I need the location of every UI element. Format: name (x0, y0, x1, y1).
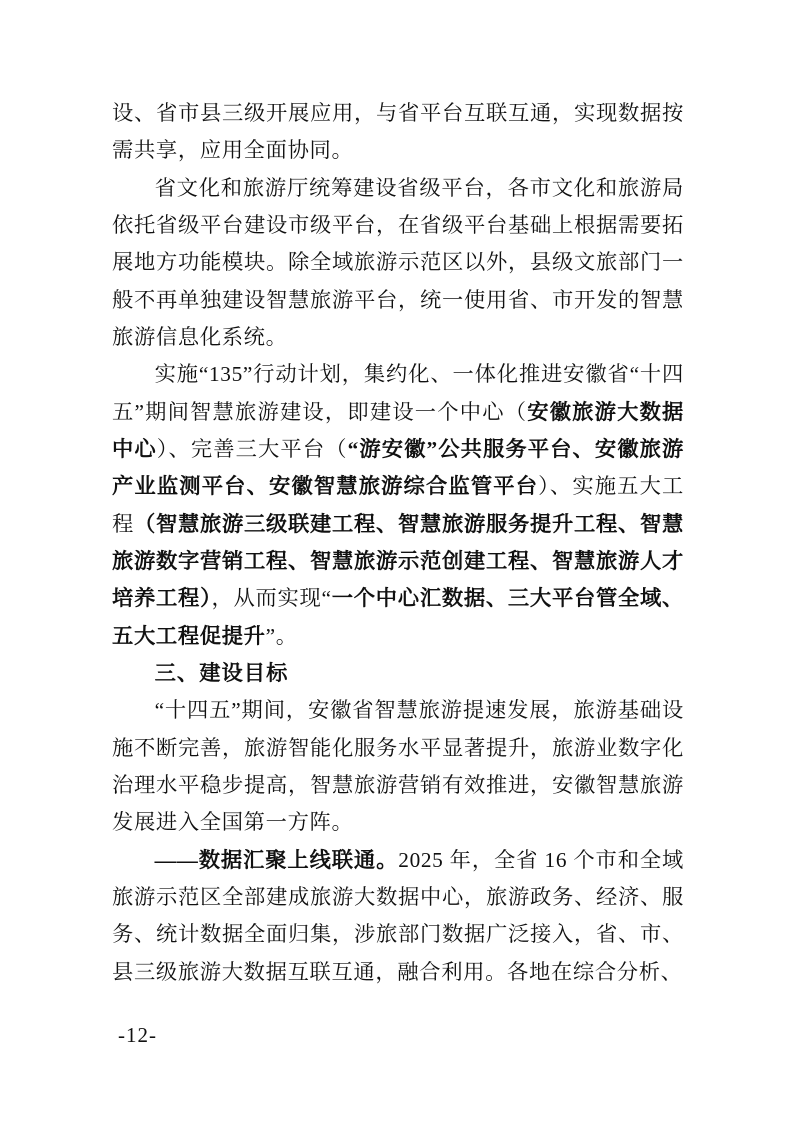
document-body: 设、省市县三级开展应用，与省平台互联互通，实现数据按需共享，应用全面协同。省文化… (112, 95, 684, 991)
paragraph: 设、省市县三级开展应用，与省平台互联互通，实现数据按需共享，应用全面协同。 (112, 95, 684, 170)
text-run: 设、省市县三级开展应用，与省平台互联互通，实现数据按需共享，应用全面协同。 (112, 101, 684, 162)
text-run: 省文化和旅游厅统筹建设省级平台，各市文化和旅游局依托省级平台建设市级平台，在省级… (112, 176, 684, 349)
bold-text-run: 三、建设目标 (155, 661, 289, 685)
text-run: ”。 (266, 624, 298, 648)
paragraph: ——数据汇聚上线联通。2025 年，全省 16 个市和全域旅游示范区全部建成旅游… (112, 842, 684, 991)
paragraph: 省文化和旅游厅统筹建设省级平台，各市文化和旅游局依托省级平台建设市级平台，在省级… (112, 170, 684, 357)
paragraph: “十四五”期间，安徽省智慧旅游提速发展，旅游基础设施不断完善，旅游智能化服务水平… (112, 692, 684, 841)
text-run: “十四五”期间，安徽省智慧旅游提速发展，旅游基础设施不断完善，旅游智能化服务水平… (112, 698, 684, 834)
text-run: ，从而实现“ (211, 586, 331, 610)
text-run: ）、完善三大平台（ (157, 437, 348, 461)
document-page: 设、省市县三级开展应用，与省平台互联互通，实现数据按需共享，应用全面协同。省文化… (0, 0, 793, 1122)
section-heading: 三、建设目标 (112, 655, 684, 692)
page-number: -12- (118, 1022, 157, 1048)
paragraph: 实施“135”行动计划，集约化、一体化推进安徽省“十四五”期间智慧旅游建设，即建… (112, 356, 684, 655)
bold-text-run: ——数据汇聚上线联通。 (155, 848, 399, 872)
